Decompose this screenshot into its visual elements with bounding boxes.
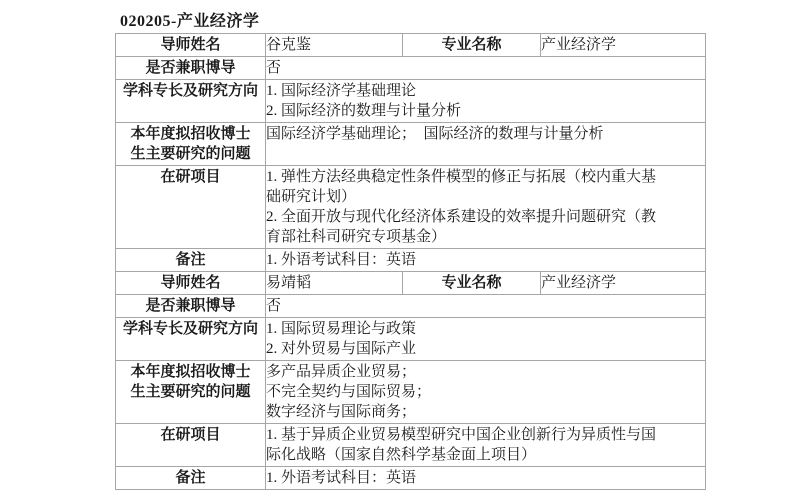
label-line: 生主要研究的问题: [116, 144, 265, 164]
value-line: 多产品异质企业贸易；: [266, 362, 705, 382]
planned-issues-label: 本年度拟招收博士 生主要研究的问题: [116, 123, 266, 166]
value-line: 际化战略（国家自然科学基金面上项目）: [266, 445, 705, 465]
row-planned-issues-1: 本年度拟招收博士 生主要研究的问题 国际经济学基础理论； 国际经济的数理与计量分…: [116, 123, 706, 166]
value-line: 2. 国际经济的数理与计量分析: [266, 101, 705, 121]
row-projects-2: 在研项目 1. 基于异质企业贸易模型研究中国企业创新行为异质性与国 际化战略（国…: [116, 424, 706, 467]
row-remarks-2: 备注 1. 外语考试科目：英语: [116, 467, 706, 490]
row-specialty-2: 学科专长及研究方向 1. 国际贸易理论与政策 2. 对外贸易与国际产业: [116, 318, 706, 361]
specialty-label: 学科专长及研究方向: [116, 318, 266, 361]
supervisor-name-label: 导师姓名: [116, 272, 266, 295]
part-time-label: 是否兼职博导: [116, 295, 266, 318]
planned-issues-value: 国际经济学基础理论； 国际经济的数理与计量分析: [266, 123, 706, 166]
value-line: 础研究计划）: [266, 187, 705, 207]
row-planned-issues-2: 本年度拟招收博士 生主要研究的问题 多产品异质企业贸易； 不完全契约与国际贸易；…: [116, 361, 706, 424]
planned-issues-value: 多产品异质企业贸易； 不完全契约与国际贸易； 数字经济与国际商务；: [266, 361, 706, 424]
page-title: 020205-产业经济学: [120, 8, 259, 31]
value-line: 1. 基于异质企业贸易模型研究中国企业创新行为异质性与国: [266, 425, 705, 445]
major-name-value: 产业经济学: [541, 272, 706, 295]
label-line: 本年度拟招收博士: [116, 362, 265, 382]
specialty-value: 1. 国际贸易理论与政策 2. 对外贸易与国际产业: [266, 318, 706, 361]
major-name-label: 专业名称: [403, 34, 541, 57]
label-line: 本年度拟招收博士: [116, 124, 265, 144]
specialty-value: 1. 国际经济学基础理论 2. 国际经济的数理与计量分析: [266, 80, 706, 123]
projects-value: 1. 基于异质企业贸易模型研究中国企业创新行为异质性与国 际化战略（国家自然科学…: [266, 424, 706, 467]
specialty-label: 学科专长及研究方向: [116, 80, 266, 123]
row-supervisor-name-1: 导师姓名 谷克鉴 专业名称 产业经济学: [116, 34, 706, 57]
supervisor-name-value: 谷克鉴: [266, 34, 403, 57]
major-name-label: 专业名称: [403, 272, 541, 295]
value-line: 育部社科司研究专项基金）: [266, 227, 705, 247]
row-specialty-1: 学科专长及研究方向 1. 国际经济学基础理论 2. 国际经济的数理与计量分析: [116, 80, 706, 123]
value-line: 国际经济学基础理论； 国际经济的数理与计量分析: [266, 124, 705, 144]
value-line: 数字经济与国际商务；: [266, 402, 705, 422]
row-remarks-1: 备注 1. 外语考试科目：英语: [116, 249, 706, 272]
label-line: 生主要研究的问题: [116, 382, 265, 402]
remarks-label: 备注: [116, 467, 266, 490]
value-line: 2. 对外贸易与国际产业: [266, 339, 705, 359]
projects-value: 1. 弹性方法经典稳定性条件模型的修正与拓展（校内重大基 础研究计划） 2. 全…: [266, 166, 706, 249]
remarks-value: 1. 外语考试科目：英语: [266, 249, 706, 272]
value-line: 不完全契约与国际贸易；: [266, 382, 705, 402]
supervisor-table: 导师姓名 谷克鉴 专业名称 产业经济学 是否兼职博导 否 学科专长及研究方向 1…: [115, 33, 706, 490]
projects-label: 在研项目: [116, 424, 266, 467]
remarks-label: 备注: [116, 249, 266, 272]
supervisor-name-value: 易靖韬: [266, 272, 403, 295]
value-line: 2. 全面开放与现代化经济体系建设的效率提升问题研究（教: [266, 207, 705, 227]
part-time-value: 否: [266, 295, 706, 318]
part-time-value: 否: [266, 57, 706, 80]
row-part-time-1: 是否兼职博导 否: [116, 57, 706, 80]
planned-issues-label: 本年度拟招收博士 生主要研究的问题: [116, 361, 266, 424]
major-name-value: 产业经济学: [541, 34, 706, 57]
supervisor-name-label: 导师姓名: [116, 34, 266, 57]
row-part-time-2: 是否兼职博导 否: [116, 295, 706, 318]
remarks-value: 1. 外语考试科目：英语: [266, 467, 706, 490]
row-projects-1: 在研项目 1. 弹性方法经典稳定性条件模型的修正与拓展（校内重大基 础研究计划）…: [116, 166, 706, 249]
part-time-label: 是否兼职博导: [116, 57, 266, 80]
projects-label: 在研项目: [116, 166, 266, 249]
value-line: 1. 国际经济学基础理论: [266, 81, 705, 101]
row-supervisor-name-2: 导师姓名 易靖韬 专业名称 产业经济学: [116, 272, 706, 295]
document-page: 020205-产业经济学 导师姓名 谷克鉴 专业名称 产业经济学 是否兼职博导 …: [0, 0, 800, 501]
value-line: 1. 国际贸易理论与政策: [266, 319, 705, 339]
value-line: 1. 弹性方法经典稳定性条件模型的修正与拓展（校内重大基: [266, 167, 705, 187]
